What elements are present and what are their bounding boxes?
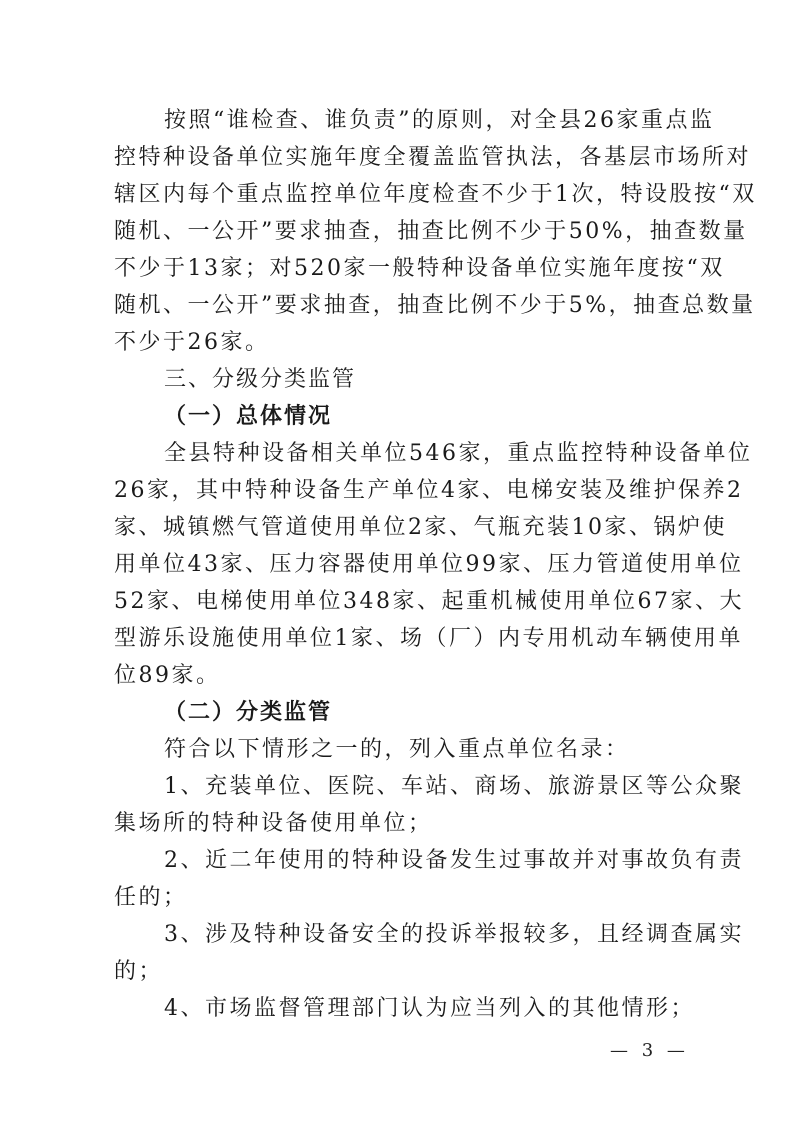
text-line: 不少于26家。 bbox=[114, 324, 674, 361]
text-line: 的； bbox=[114, 953, 674, 990]
subsection-heading: （二）分类监管 bbox=[114, 694, 674, 731]
text-line: 不少于13家；对520家一般特种设备单位实施年度按“双 bbox=[114, 250, 674, 287]
text-line: 2、近二年使用的特种设备发生过事故并对事故负有责 bbox=[114, 842, 674, 879]
text-line: 按照“谁检查、谁负责”的原则，对全县26家重点监 bbox=[114, 102, 674, 139]
text-line: 型游乐设施使用单位1家、场（厂）内专用机动车辆使用单 bbox=[114, 620, 674, 657]
section-heading: 三、分级分类监管 bbox=[114, 361, 674, 398]
text-line: 全县特种设备相关单位546家，重点监控特种设备单位 bbox=[114, 435, 674, 472]
text-line: 1、充装单位、医院、车站、商场、旅游景区等公众聚 bbox=[114, 768, 674, 805]
document-page: 按照“谁检查、谁负责”的原则，对全县26家重点监 控特种设备单位实施年度全覆盖监… bbox=[114, 102, 674, 1027]
text-line: 集场所的特种设备使用单位； bbox=[114, 805, 674, 842]
text-line: 用单位43家、压力容器使用单位99家、压力管道使用单位 bbox=[114, 546, 674, 583]
text-line: 随机、一公开”要求抽查，抽查比例不少于50%，抽查数量 bbox=[114, 213, 674, 250]
text-line: 26家，其中特种设备生产单位4家、电梯安装及维护保养2 bbox=[114, 472, 674, 509]
paragraph-inspection-principle: 按照“谁检查、谁负责”的原则，对全县26家重点监 控特种设备单位实施年度全覆盖监… bbox=[114, 102, 674, 361]
text-line: 4、市场监督管理部门认为应当列入的其他情形； bbox=[114, 990, 674, 1027]
text-line: 控特种设备单位实施年度全覆盖监管执法，各基层市场所对 bbox=[114, 139, 674, 176]
subsection-heading: （一）总体情况 bbox=[114, 398, 674, 435]
paragraph-overall-situation: 全县特种设备相关单位546家，重点监控特种设备单位 26家，其中特种设备生产单位… bbox=[114, 435, 674, 694]
list-item: 1、充装单位、医院、车站、商场、旅游景区等公众聚 集场所的特种设备使用单位； bbox=[114, 768, 674, 842]
text-line: 辖区内每个重点监控单位年度检查不少于1次，特设股按“双 bbox=[114, 176, 674, 213]
text-line: 任的； bbox=[114, 879, 674, 916]
text-line: 位89家。 bbox=[114, 657, 674, 694]
text-line: 家、城镇燃气管道使用单位2家、气瓶充装10家、锅炉使 bbox=[114, 509, 674, 546]
text-line: 3、涉及特种设备安全的投诉举报较多，且经调查属实 bbox=[114, 916, 674, 953]
paragraph-criteria-intro: 符合以下情形之一的，列入重点单位名录： bbox=[114, 731, 674, 768]
text-line: 随机、一公开”要求抽查，抽查比例不少于5%，抽查总数量 bbox=[114, 287, 674, 324]
page-number: — 3 — bbox=[610, 1040, 689, 1061]
list-item: 4、市场监督管理部门认为应当列入的其他情形； bbox=[114, 990, 674, 1027]
list-item: 2、近二年使用的特种设备发生过事故并对事故负有责 任的； bbox=[114, 842, 674, 916]
list-item: 3、涉及特种设备安全的投诉举报较多，且经调查属实 的； bbox=[114, 916, 674, 990]
text-line: 52家、电梯使用单位348家、起重机械使用单位67家、大 bbox=[114, 583, 674, 620]
